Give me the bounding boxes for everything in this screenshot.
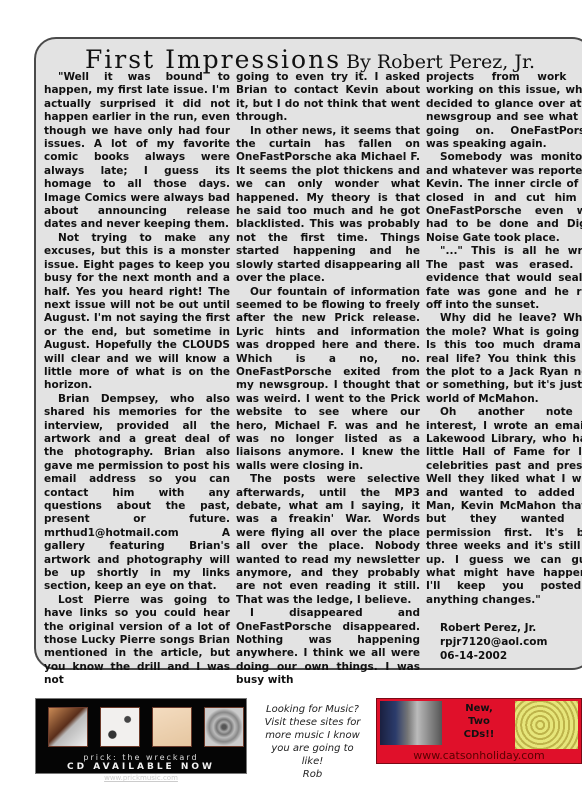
byline: By Robert Perez, Jr. (346, 51, 535, 73)
article-panel: First Impressions By Robert Perez, Jr. "… (34, 37, 582, 670)
signature: Robert Perez, Jr. rpjr7120@aol.com 06-14… (440, 621, 582, 663)
paragraph: "..." This is all he wrote. The past was… (426, 245, 582, 312)
note-line: like! (250, 755, 375, 768)
music-note: Looking for Music? Visit these sites for… (250, 703, 375, 781)
article-title: First Impressions By Robert Perez, Jr. (36, 45, 582, 74)
cats-on-holiday-ad-banner[interactable]: New, Two CDs!! www.catsonholiday.com (376, 698, 582, 764)
column-2: going to even try it. I asked Brian to c… (236, 71, 420, 688)
signature-name: Robert Perez, Jr. (440, 621, 582, 635)
paragraph: Oh another note of interest, I wrote an … (426, 406, 582, 607)
signature-email[interactable]: rpjr7120@aol.com (440, 635, 582, 649)
paragraph: "Well it was bound to happen, my first l… (44, 71, 230, 232)
paragraph: I disappeared and OneFastPorsche disappe… (236, 607, 420, 687)
paragraph: Not trying to make any excuses, but this… (44, 232, 230, 393)
paragraph: Lost Pierre was going to have links so y… (44, 594, 230, 688)
album-art-image (100, 707, 140, 747)
signature-date: 06-14-2002 (440, 649, 582, 663)
ad-link[interactable]: www.prickmusic.com (36, 774, 246, 782)
paragraph: The posts were selective afterwards, unt… (236, 473, 420, 607)
paragraph: Brian Dempsey, who also shared his memor… (44, 393, 230, 594)
paragraph: going to even try it. I asked Brian to c… (236, 71, 420, 125)
ad-album-title: prick: the wreckard (36, 753, 246, 762)
column-3: projects from work and working on this i… (426, 71, 582, 663)
column-1: "Well it was bound to happen, my first l… (44, 71, 230, 688)
ad-headline: CD AVAILABLE NOW (36, 762, 246, 772)
cd-cover-image (380, 701, 442, 745)
ad-link[interactable]: www.catsonholiday.com (377, 749, 581, 762)
note-line: Visit these sites for (250, 716, 375, 729)
prick-ad-banner[interactable]: prick: the wreckard CD AVAILABLE NOW www… (35, 698, 247, 774)
album-art-image (48, 707, 88, 747)
promo-line: New, (449, 702, 509, 715)
paragraph: Why did he leave? Who is the mole? What … (426, 312, 582, 406)
album-art-image (152, 707, 192, 747)
note-line: more music I know (250, 729, 375, 742)
promo-line: CDs!! (449, 728, 509, 741)
album-art-image (204, 707, 244, 747)
note-signoff: Rob (250, 768, 375, 781)
note-line: Looking for Music? (250, 703, 375, 716)
paragraph: Our fountain of information seemed to be… (236, 286, 420, 474)
paragraph: Somebody was monitoring and whatever was… (426, 151, 582, 245)
ad-promo-text: New, Two CDs!! (449, 702, 509, 741)
note-line: you are going to (250, 742, 375, 755)
paragraph: projects from work and working on this i… (426, 71, 582, 151)
promo-line: Two (449, 715, 509, 728)
title-main: First Impressions (85, 45, 341, 74)
cd-cover-image (515, 701, 578, 749)
paragraph: In other news, it seems that the curtain… (236, 125, 420, 286)
